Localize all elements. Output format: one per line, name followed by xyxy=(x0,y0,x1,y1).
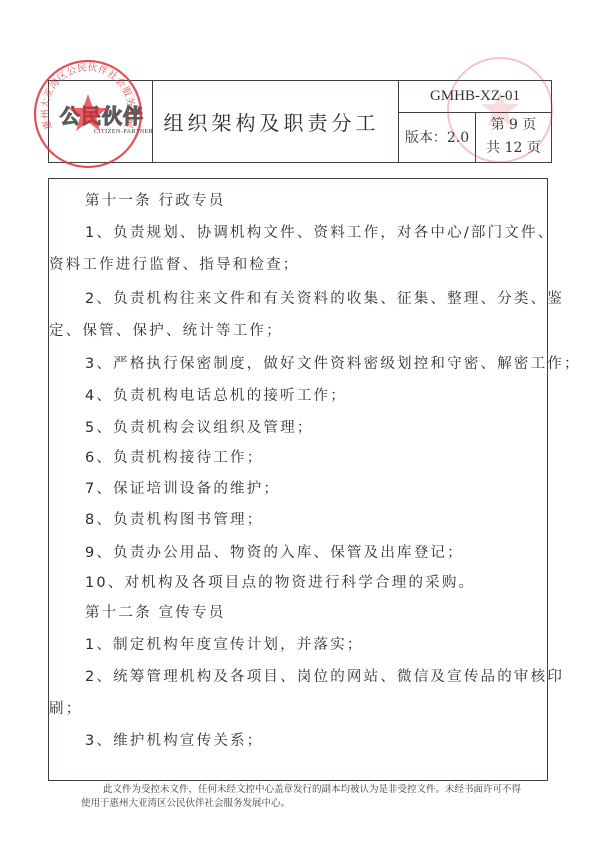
body-text-line: 10、对机构及各项目点的物资进行科学合理的采购。 xyxy=(85,571,475,592)
body-text-line: 资料工作进行监督、指导和检查； xyxy=(49,253,300,274)
body-text-line: 5、负责机构会议组织及管理； xyxy=(85,416,314,437)
body-text-line: 8、负责机构图书管理； xyxy=(85,508,263,529)
organization-logo-subtitle: CITIZEN-PARTNER xyxy=(94,129,153,135)
body-text-line: 刷； xyxy=(49,697,82,718)
document-footer: 此文件为受控未文件，任何未经文控中心盖章发行的副本均被认为是非受控文件。未经书面… xyxy=(85,783,535,811)
page-info: 第 9 页 共 12 页 xyxy=(476,112,551,162)
document-code: GMHB-XZ-01 xyxy=(399,81,551,113)
document-body: 第十一条 行政专员1、负责规划、协调机构文件、资料工作，对各中心/部门文件、资料… xyxy=(48,178,548,781)
body-text-line: 3、严格执行保密制度，做好文件资料密级划控和守密、解密工作； xyxy=(85,352,581,373)
document-title: 组织架构及职责分工 xyxy=(164,107,380,136)
footer-line-2: 使用于惠州大亚湾区公民伙伴社会服务发展中心。 xyxy=(81,797,535,811)
page-total: 共 12 页 xyxy=(486,137,541,160)
organization-logo: 公民伙伴 xyxy=(60,100,144,129)
body-text-line: 7、保证培训设备的维护； xyxy=(85,477,280,498)
body-text-line: 3、维护机构宣传关系； xyxy=(85,729,263,750)
body-text-line: 6、负责机构接待工作； xyxy=(85,446,263,467)
page-current: 第 9 页 xyxy=(491,114,537,137)
title-cell: 组织架构及职责分工 xyxy=(153,81,399,162)
body-text-line: 2、负责机构往来文件和有关资料的收集、征集、整理、分类、鉴 xyxy=(85,287,564,308)
body-text-line: 1、负责规划、协调机构文件、资料工作，对各中心/部门文件、 xyxy=(85,221,554,242)
document-version: 版本：2.0 xyxy=(399,112,476,162)
article-heading: 第十一条 行政专员 xyxy=(85,189,225,210)
body-text-line: 4、负责机构电话总机的接听工作； xyxy=(85,384,347,405)
body-text-line: 2、统筹管理机构及各项目、岗位的网站、微信及宣传品的审核印 xyxy=(85,665,564,686)
body-text-line: 1、制定机构年度宣传计划，并落实； xyxy=(85,633,364,654)
footer-line-1: 此文件为受控未文件，任何未经文控中心盖章发行的副本均被认为是非受控文件。未经书面… xyxy=(85,783,535,797)
article-heading: 第十二条 宣传专员 xyxy=(85,601,225,622)
body-text-line: 定、保管、保护、统计等工作； xyxy=(49,319,283,340)
body-text-line: 9、负责办公用品、物资的入库、保管及出库登记； xyxy=(85,541,464,562)
